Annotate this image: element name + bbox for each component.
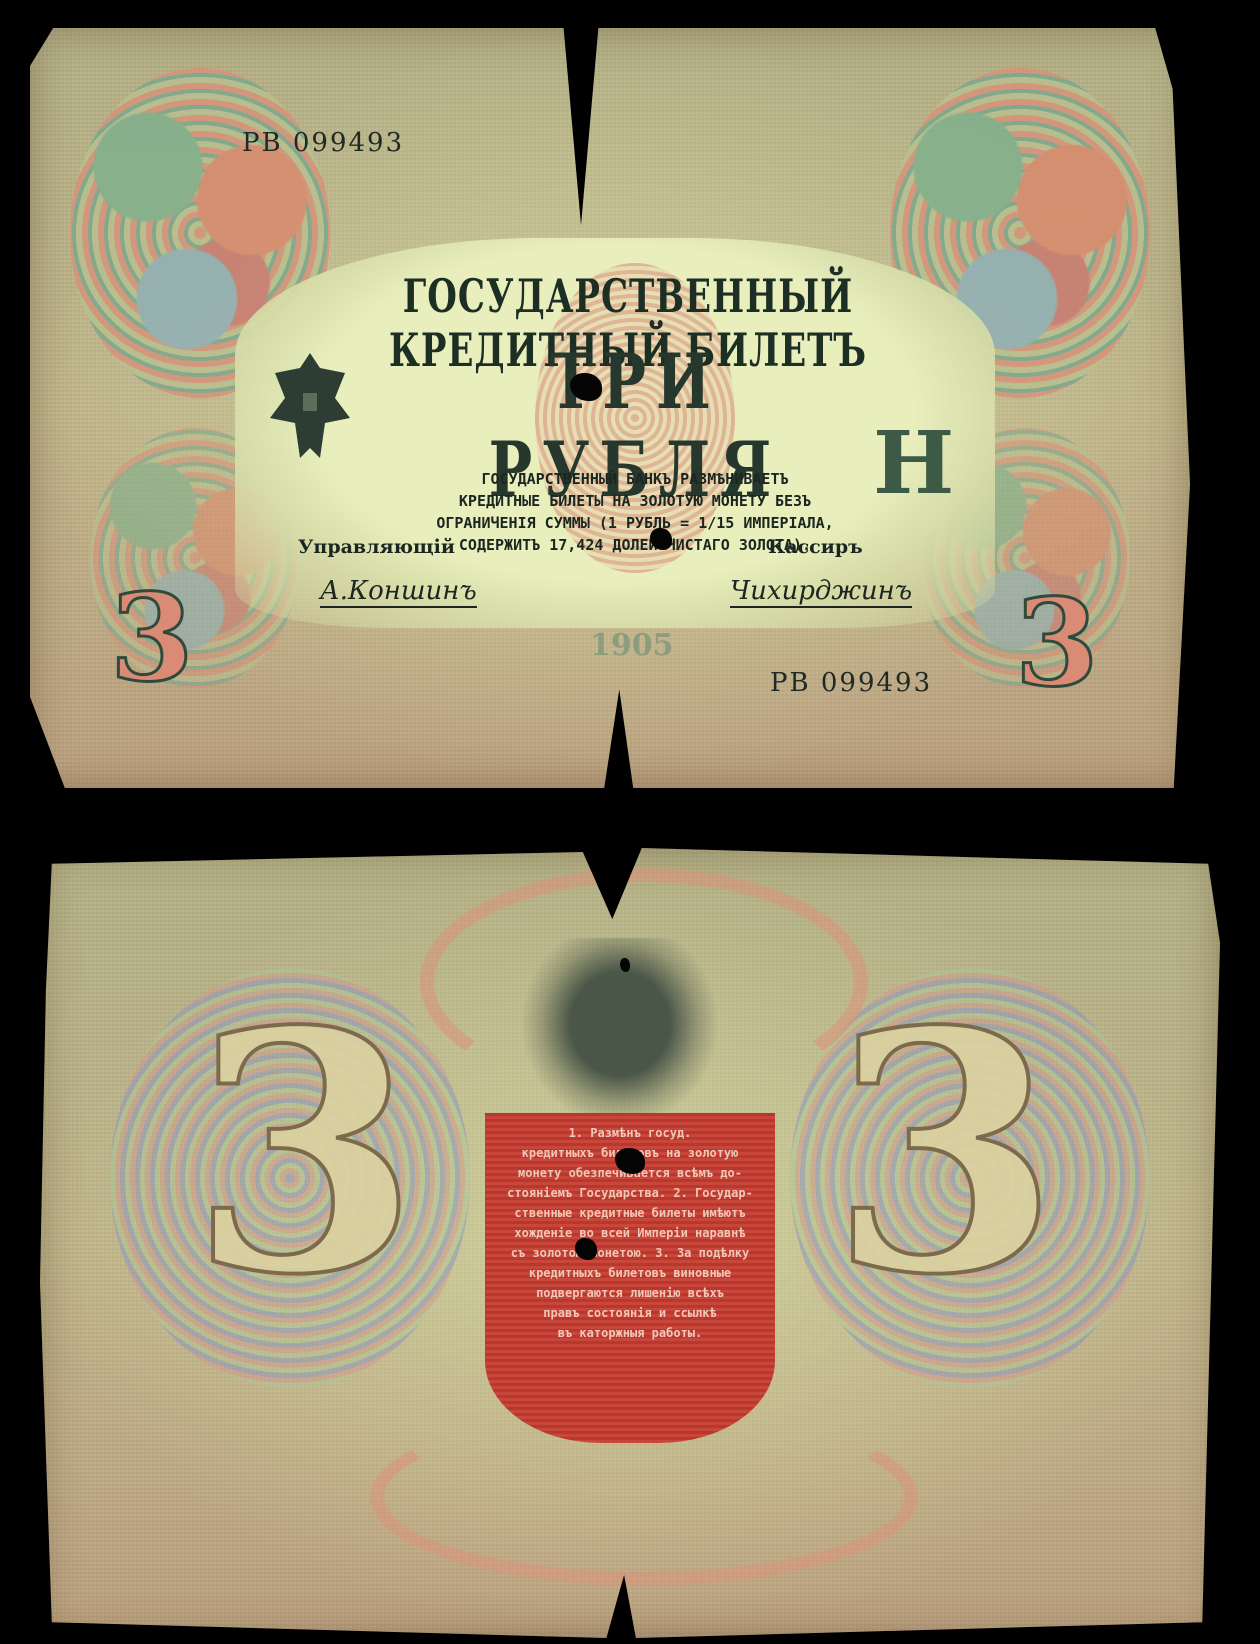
banknote-back: 3 3 1. Размѣнъ госуд. кредитныхъ билетов… bbox=[40, 848, 1220, 1638]
promise-line-1: ГОСУДАРСТВЕННЫЙ БАНКЪ РАЗМѢНИВАЕТЪ bbox=[410, 468, 860, 490]
corner-numeral-right: 3 bbox=[1015, 573, 1099, 714]
cashier-label: Кассиръ bbox=[768, 536, 863, 558]
back-numeral-right: 3 bbox=[830, 988, 1060, 1318]
corner-numeral-left: 3 bbox=[110, 568, 194, 709]
damage-hole bbox=[620, 958, 630, 972]
shield-line: кредитныхъ билетовъ виновные bbox=[495, 1263, 765, 1283]
shield-line: хожденіе во всей Имперіи наравнѣ bbox=[495, 1223, 765, 1243]
issue-year: 1905 bbox=[590, 628, 674, 663]
manager-signature: А.Коншинъ bbox=[320, 576, 477, 608]
promise-line-2: КРЕДИТНЫЕ БИЛЕТЫ НА ЗОЛОТУЮ МОНЕТУ БЕЗЪ bbox=[410, 490, 860, 512]
banknote-front: РВ 099493 ГОСУДАРСТВЕННЫЙ КРЕДИТНЫЙ БИЛЕ… bbox=[30, 28, 1190, 788]
shield-line: съ золотою монетою. 3. За подѣлку bbox=[495, 1243, 765, 1263]
shield-line: правъ состоянія и ссылкѣ bbox=[495, 1303, 765, 1323]
serial-number-bottom: РВ 099493 bbox=[770, 668, 932, 698]
cashier-signature: Чихирджинъ bbox=[730, 576, 912, 608]
serial-number-top: РВ 099493 bbox=[242, 128, 404, 158]
back-numeral-left: 3 bbox=[190, 988, 420, 1318]
promise-line-3: ОГРАНИЧЕНІЯ СУММЫ (1 РУБЛЬ = 1/15 ИМПЕРІ… bbox=[410, 512, 860, 534]
shield-line: ственные кредитные билеты имѣютъ bbox=[495, 1203, 765, 1223]
manager-label: Управляющій bbox=[298, 536, 455, 558]
shield-line: 1. Размѣнъ госуд. bbox=[495, 1123, 765, 1143]
damage-hole bbox=[650, 528, 672, 550]
damage-hole bbox=[575, 1238, 597, 1260]
eagle-emblem-icon bbox=[265, 348, 355, 468]
shield-line: въ каторжныя работы. bbox=[495, 1323, 765, 1343]
shield-line: подвергаются лишенію всѣхъ bbox=[495, 1283, 765, 1303]
imperial-monogram: Н bbox=[873, 413, 954, 514]
shield-line: стояніемъ Государства. 2. Государ- bbox=[495, 1183, 765, 1203]
